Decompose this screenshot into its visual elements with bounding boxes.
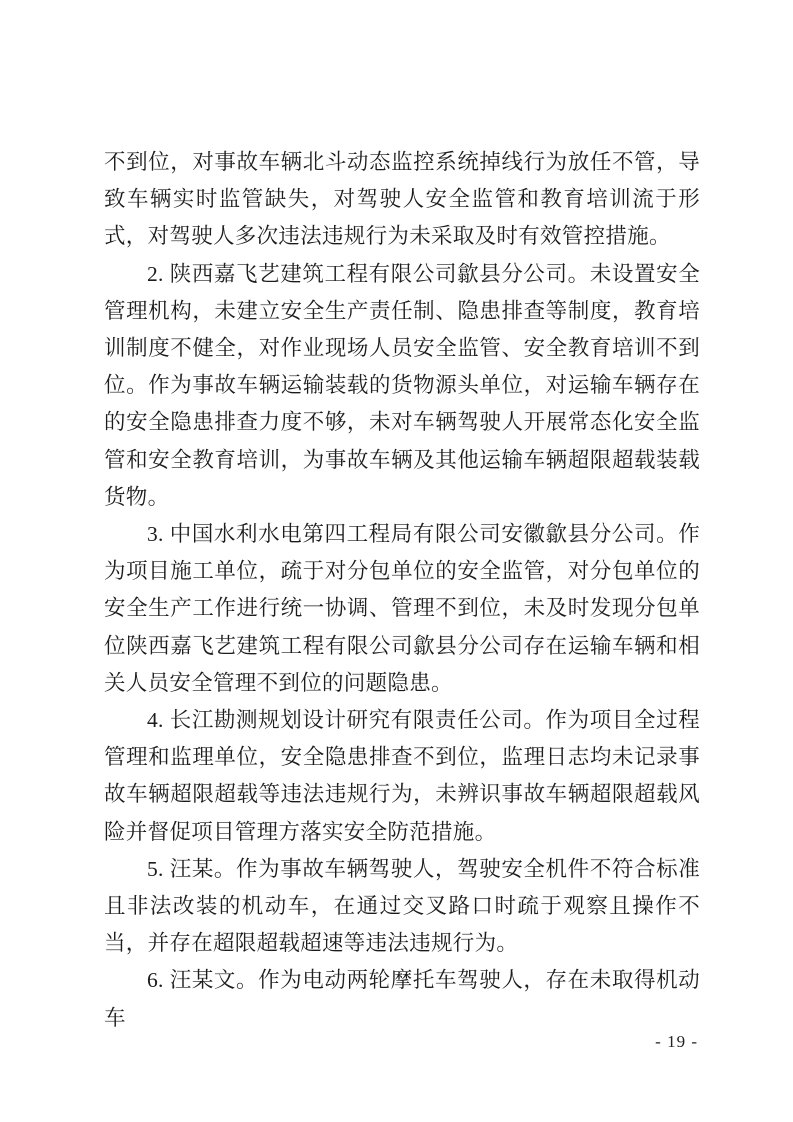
page-number: - 19 - [655, 1031, 698, 1053]
document-body: 不到位，对事故车辆北斗动态监控系统掉线行为放任不管，导致车辆实时监管缺失，对驾驶… [104, 144, 700, 1037]
paragraph-continuation: 不到位，对事故车辆北斗动态监控系统掉线行为放任不管，导致车辆实时监管缺失，对驾驶… [104, 144, 700, 256]
document-page: 不到位，对事故车辆北斗动态监控系统掉线行为放任不管，导致车辆实时监管缺失，对驾驶… [0, 0, 793, 1122]
paragraph-item-2: 2. 陕西嘉飞艺建筑工程有限公司歙县分公司。未设置安全管理机构，未建立安全生产责… [104, 256, 700, 516]
paragraph-item-6: 6. 汪某文。作为电动两轮摩托车驾驶人，存在未取得机动车 [104, 962, 700, 1036]
paragraph-item-4: 4. 长江勘测规划设计研究有限责任公司。作为项目全过程管理和监理单位，安全隐患排… [104, 702, 700, 851]
paragraph-item-5: 5. 汪某。作为事故车辆驾驶人，驾驶安全机件不符合标准且非法改装的机动车，在通过… [104, 851, 700, 963]
paragraph-item-3: 3. 中国水利水电第四工程局有限公司安徽歙县分公司。作为项目施工单位，疏于对分包… [104, 516, 700, 702]
